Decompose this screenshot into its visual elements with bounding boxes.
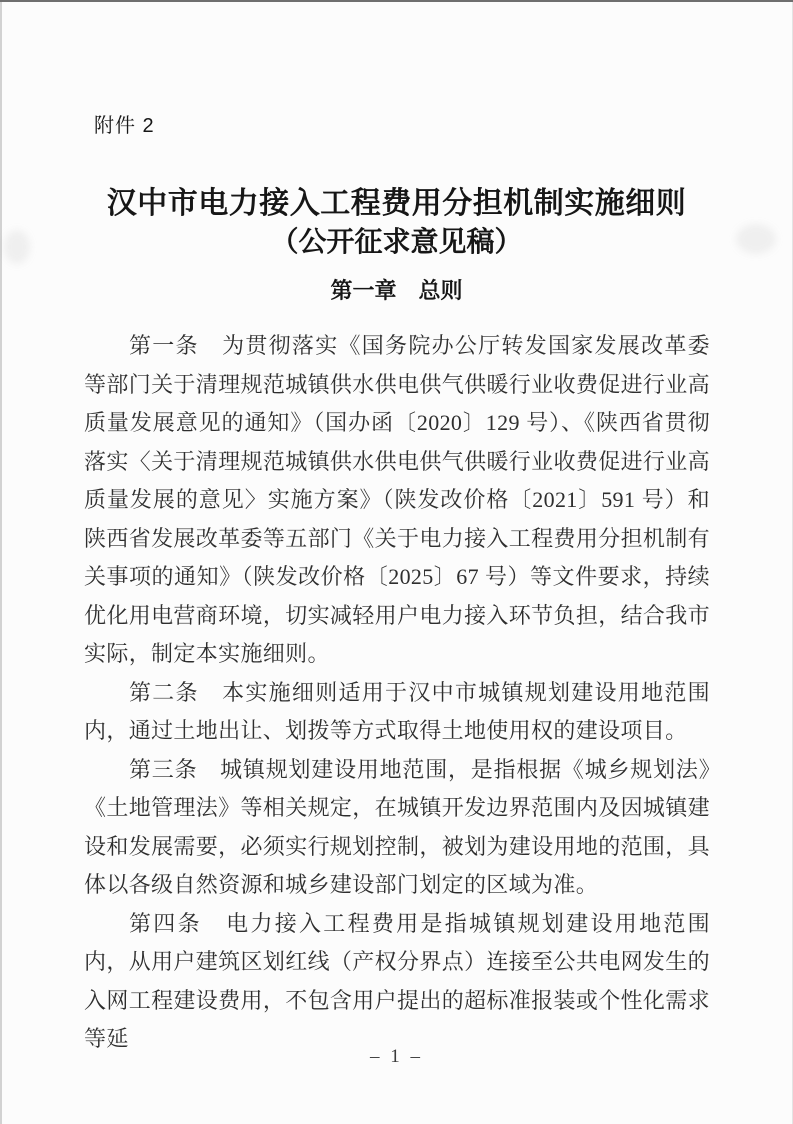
paragraph: 第三条 城镇规划建设用地范围，是指根据《城乡规划法》《土地管理法》等相关规定，在… [84,751,710,905]
document-page: 附件 2 汉中市电力接入工程费用分担机制实施细则 （公开征求意见稿） 第一章 总… [0,0,793,1124]
document-subtitle: （公开征求意见稿） [0,226,793,260]
chapter-heading: 第一章 总则 [0,276,793,306]
attachment-label: 附件 2 [94,112,155,140]
paragraph: 第四条 电力接入工程费用是指城镇规划建设用地范围内，从用户建筑区划红线（产权分界… [84,905,710,1059]
document-title: 汉中市电力接入工程费用分担机制实施细则 [0,186,793,222]
page-number: – 1 – [0,1044,793,1070]
paragraph: 第一条 为贯彻落实《国务院办公厅转发国家发展改革委等部门关于清理规范城镇供水供电… [84,327,710,674]
paragraph: 第二条 本实施细则适用于汉中市城镇规划建设用地范围内，通过土地出让、划拨等方式取… [84,674,710,751]
document-body: 第一条 为贯彻落实《国务院办公厅转发国家发展改革委等部门关于清理规范城镇供水供电… [84,327,710,1059]
